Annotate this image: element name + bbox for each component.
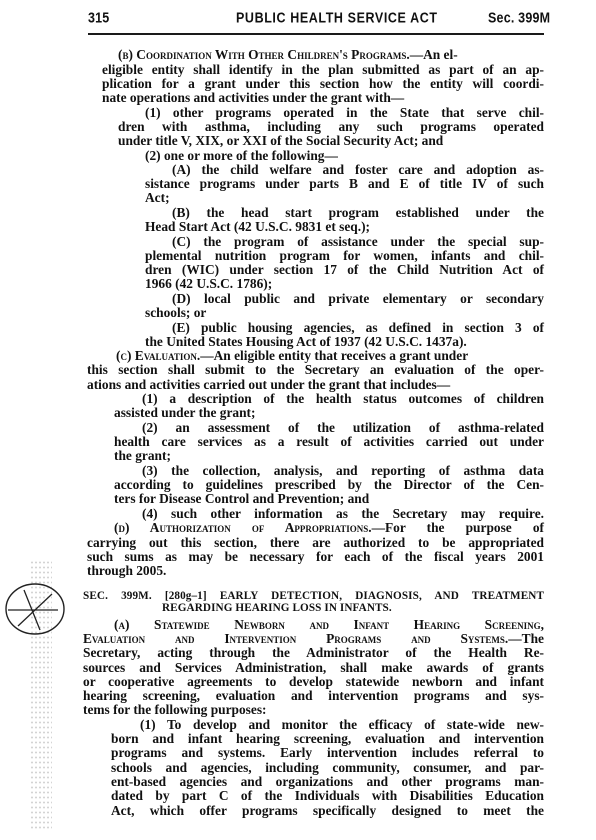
text-line: hearing screening, evaluation and interv… bbox=[83, 688, 544, 703]
text-line: according to guidelines prescribed by th… bbox=[114, 477, 544, 492]
text-line: Act, which offer programs specifically d… bbox=[111, 803, 544, 818]
subsection-a-lead: Evaluation and Intervention Programs and… bbox=[83, 631, 508, 646]
text-line: 1966 (42 U.S.C. 1786); bbox=[145, 276, 272, 291]
text-line: (D) local public and private elementary … bbox=[172, 291, 544, 306]
text-line: Act; bbox=[145, 190, 170, 205]
text-line: eligible entity shall identify in the pl… bbox=[102, 62, 544, 77]
text-line: Head Start Act (42 U.S.C. 9831 et seq.); bbox=[145, 219, 370, 234]
text-line: programs and systems. Early intervention… bbox=[111, 745, 544, 760]
text-line: Secretary, acting through the Administra… bbox=[83, 645, 544, 660]
subsection-d-tail: —For the purpose of bbox=[372, 520, 544, 535]
text-line: (2) an assessment of the utilization of … bbox=[142, 420, 544, 435]
text-line: sources and Services Administration, sha… bbox=[83, 660, 544, 675]
page-number: 315 bbox=[88, 10, 109, 26]
subsection-a-heading: (a) Statewide Newborn and Infant Hearing… bbox=[114, 617, 544, 632]
text-line: assisted under the grant; bbox=[114, 405, 255, 420]
text-line: schools and agencies, including communit… bbox=[111, 760, 544, 775]
subsection-b-heading: (b) Coordination With Other Children's P… bbox=[118, 47, 544, 62]
text-line: under title V, XIX, or XXI of the Social… bbox=[118, 133, 443, 148]
subsection-c-heading: (c) Evaluation.—An eligible entity that … bbox=[116, 348, 544, 363]
text-line: dren (WIC) under section 17 of the Child… bbox=[145, 262, 544, 277]
subsection-b-tail: —An el- bbox=[410, 47, 458, 62]
subsection-a-tail: —The bbox=[508, 631, 544, 646]
subsection-c-lead: (c) Evaluation. bbox=[116, 348, 200, 363]
text-line: (E) public housing agencies, as defined … bbox=[172, 320, 544, 335]
text-line: sistance programs under parts B and E of… bbox=[145, 176, 544, 191]
subsection-c-tail: —An eligible entity that receives a gran… bbox=[200, 348, 468, 363]
text-line: tems for the following purposes: bbox=[83, 702, 267, 717]
text-line: nate operations and activities under the… bbox=[102, 90, 404, 105]
text-line: such sums as may be necessary for each o… bbox=[87, 549, 544, 564]
text-line: (2) one or more of the following— bbox=[145, 148, 338, 163]
section-heading-cont: REGARDING HEARING LOSS IN INFANTS. bbox=[162, 601, 392, 616]
text-line: plication for a grant under this section… bbox=[102, 76, 544, 91]
text-line: ent-based agencies and organizations and… bbox=[111, 774, 544, 789]
text-line: (1) other programs operated in the State… bbox=[145, 105, 544, 120]
text-line: ters for Disease Control and Prevention;… bbox=[114, 491, 369, 506]
document-page: 315 PUBLIC HEALTH SERVICE ACT Sec. 399M … bbox=[0, 0, 596, 840]
text-line: ations and activities carried out under … bbox=[87, 377, 450, 392]
text-line: or cooperative agreements to develop sta… bbox=[83, 674, 544, 689]
text-line: (3) the collection, analysis, and report… bbox=[142, 463, 544, 478]
circled-asterisk-mark-icon bbox=[2, 576, 70, 638]
header-rule bbox=[88, 33, 544, 35]
text-line: (4) such other information as the Secret… bbox=[142, 506, 544, 521]
text-line: the grant; bbox=[114, 448, 171, 463]
text-line: carrying out this section, there are aut… bbox=[87, 535, 544, 550]
running-title: PUBLIC HEALTH SERVICE ACT bbox=[236, 10, 438, 26]
text-line: (C) the program of assistance under the … bbox=[172, 234, 544, 249]
text-line: (1) To develop and monitor the efficacy … bbox=[140, 717, 544, 732]
text-line: born and infant hearing screening, evalu… bbox=[111, 731, 544, 746]
text-line: this section shall submit to the Secreta… bbox=[87, 362, 544, 377]
text-line: the United States Housing Act of 1937 (4… bbox=[145, 334, 467, 349]
section-reference: Sec. 399M bbox=[488, 10, 550, 26]
text-line: dren with asthma, including any such pro… bbox=[118, 119, 544, 134]
text-line: (B) the head start program established u… bbox=[172, 205, 544, 220]
text-line: (1) a description of the health status o… bbox=[142, 391, 544, 406]
text-line: health care services as a result of acti… bbox=[114, 434, 544, 449]
subsection-d-lead: (d) Authorization of Appropriations. bbox=[114, 520, 372, 535]
text-line: schools; or bbox=[145, 305, 206, 320]
subsection-a-heading-cont: Evaluation and Intervention Programs and… bbox=[83, 631, 544, 646]
text-line: (A) the child welfare and foster care an… bbox=[172, 162, 544, 177]
text-line: plemental nutrition program for women, i… bbox=[145, 248, 544, 263]
text-line: through 2005. bbox=[87, 563, 166, 578]
text-line: dated by part C of the Individuals with … bbox=[111, 788, 544, 803]
subsection-d-heading: (d) Authorization of Appropriations.—For… bbox=[114, 520, 544, 535]
subsection-b-lead: (b) Coordination With Other Children's P… bbox=[118, 47, 410, 62]
